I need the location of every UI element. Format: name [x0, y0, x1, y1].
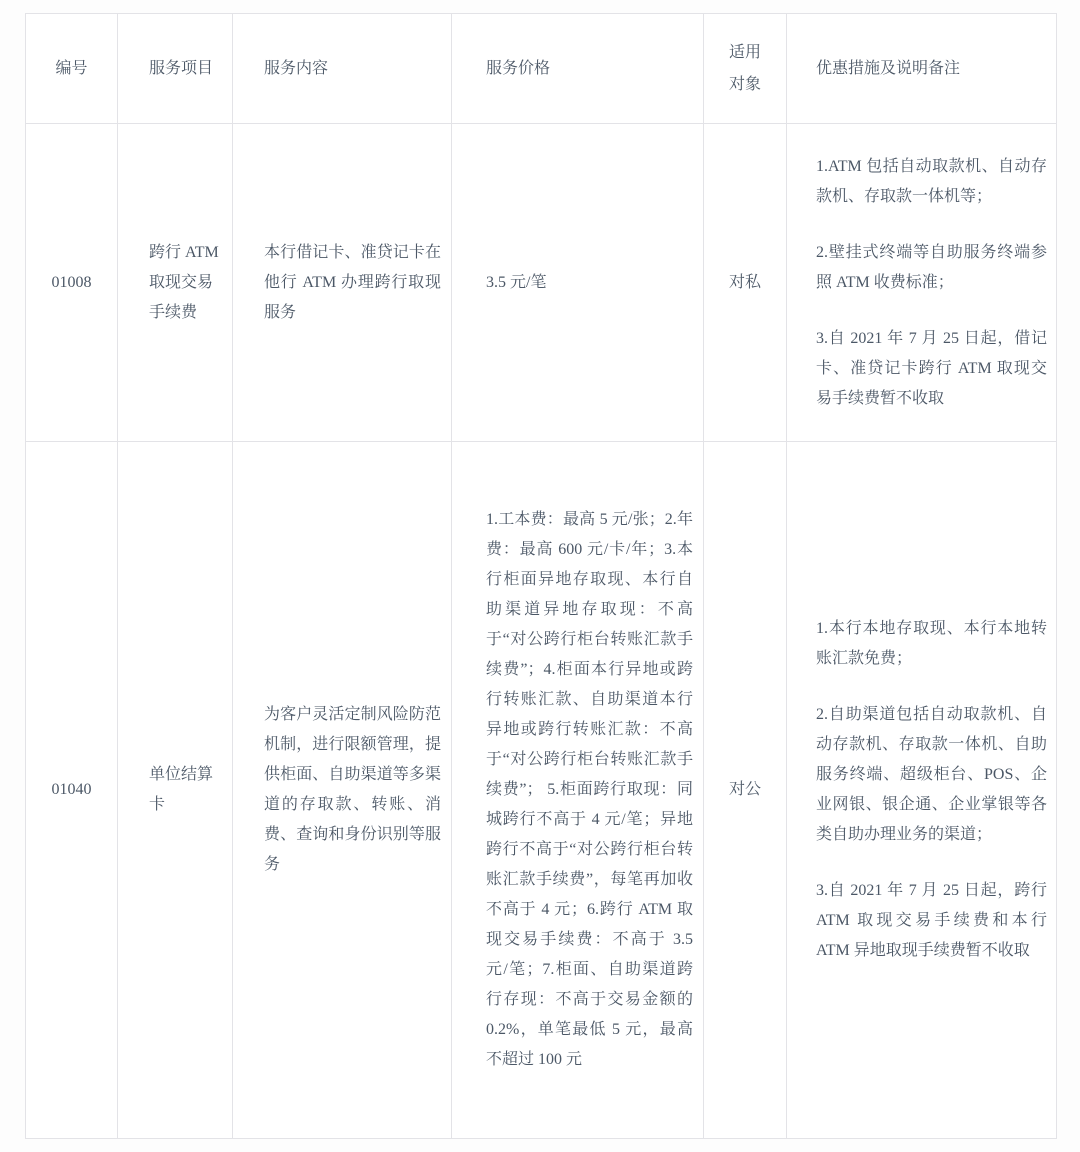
header-row: 编号 服务项目 服务内容 服务价格 适用 对象 优惠措施及说明备注 — [26, 14, 1057, 124]
col-header-applicable: 适用 对象 — [704, 14, 787, 124]
remarks-paragraph: 2.自助渠道包括自动取款机、自动存款机、存取款一体机、自助服务终端、超级柜台、P… — [816, 700, 1047, 850]
table-row: 01008 跨行 ATM 取现交易手续费 本行借记卡、准贷记卡在他行 ATM 办… — [26, 124, 1057, 442]
remarks-paragraph: 3.自 2021 年 7 月 25 日起，借记卡、准贷记卡跨行 ATM 取现交易… — [816, 324, 1047, 414]
remarks-paragraph: 3.自 2021 年 7 月 25 日起，跨行 ATM 取现交易手续费和本行 A… — [816, 876, 1047, 966]
cell-applicable: 对公 — [704, 442, 787, 1139]
table-row: 01040 单位结算卡 为客户灵活定制风险防范机制，进行限额管理，提供柜面、自助… — [26, 442, 1057, 1139]
cell-remarks: 1.本行本地存取现、本行本地转账汇款免费； 2.自助渠道包括自动取款机、自动存款… — [787, 442, 1057, 1139]
col-header-service-content: 服务内容 — [233, 14, 452, 124]
fee-schedule-table: 编号 服务项目 服务内容 服务价格 适用 对象 优惠措施及说明备注 01008 … — [25, 13, 1057, 1139]
col-header-remarks: 优惠措施及说明备注 — [787, 14, 1057, 124]
cell-service-item: 跨行 ATM 取现交易手续费 — [118, 124, 233, 442]
remarks-paragraph: 2.壁挂式终端等自助服务终端参照 ATM 收费标准； — [816, 238, 1047, 298]
col-header-id: 编号 — [26, 14, 118, 124]
cell-id: 01040 — [26, 442, 118, 1139]
col-header-service-item: 服务项目 — [118, 14, 233, 124]
cell-service-content: 本行借记卡、准贷记卡在他行 ATM 办理跨行取现服务 — [233, 124, 452, 442]
cell-service-price: 3.5 元/笔 — [452, 124, 704, 442]
cell-remarks: 1.ATM 包括自动取款机、自动存款机、存取款一体机等； 2.壁挂式终端等自助服… — [787, 124, 1057, 442]
remarks-paragraph: 1.本行本地存取现、本行本地转账汇款免费； — [816, 614, 1047, 674]
cell-applicable: 对私 — [704, 124, 787, 442]
col-header-service-price: 服务价格 — [452, 14, 704, 124]
cell-service-price: 1.工本费：最高 5 元/张；2.年费：最高 600 元/卡/年；3.本行柜面异… — [452, 442, 704, 1139]
cell-service-content: 为客户灵活定制风险防范机制，进行限额管理，提供柜面、自助渠道等多渠道的存取款、转… — [233, 442, 452, 1139]
remarks-paragraph: 1.ATM 包括自动取款机、自动存款机、存取款一体机等； — [816, 152, 1047, 212]
cell-service-item: 单位结算卡 — [118, 442, 233, 1139]
document-page: 编号 服务项目 服务内容 服务价格 适用 对象 优惠措施及说明备注 01008 … — [0, 0, 1080, 1152]
cell-id: 01008 — [26, 124, 118, 442]
